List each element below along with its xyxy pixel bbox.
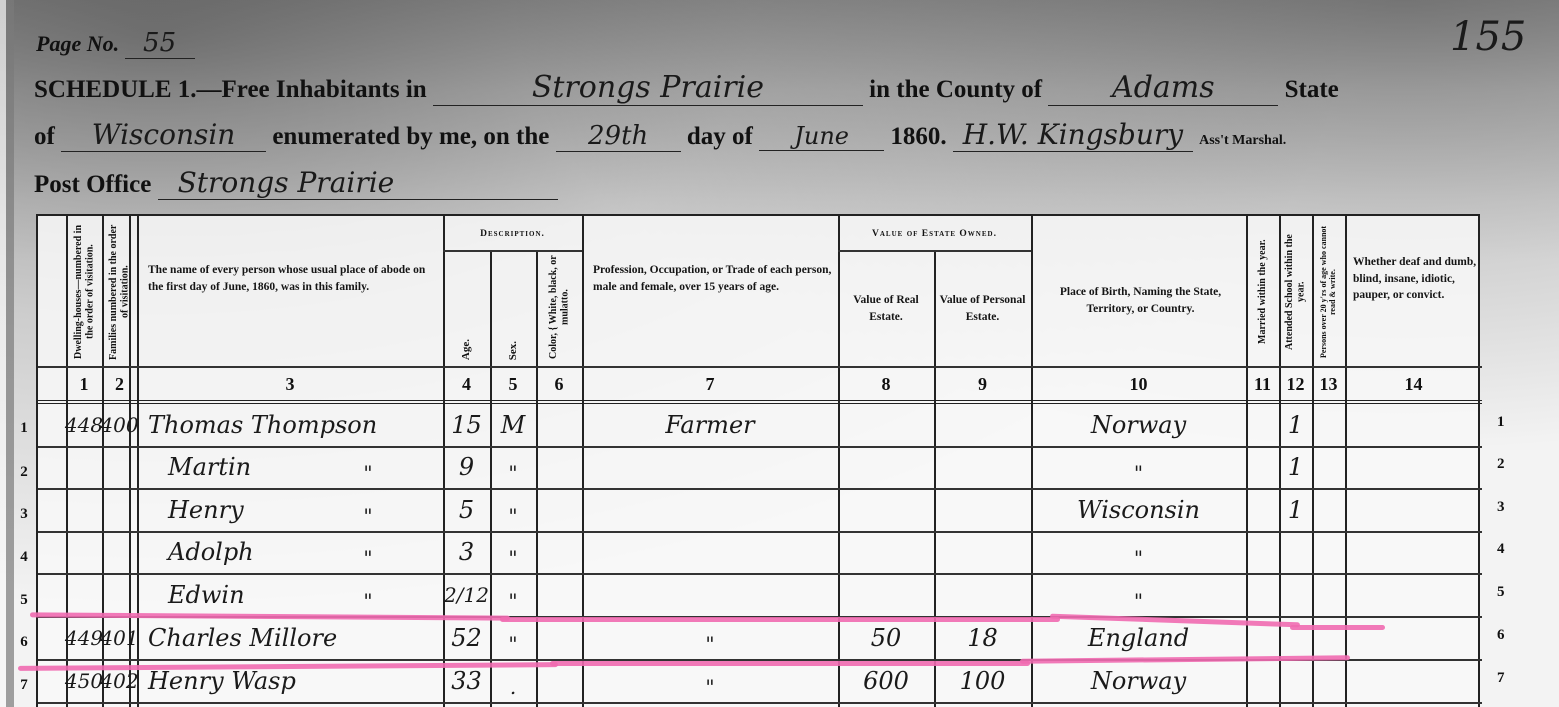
schedule-title-line: SCHEDULE 1.—Free Inhabitants in Strongs … bbox=[34, 70, 1339, 106]
sex: M bbox=[490, 404, 536, 446]
age: 5 bbox=[443, 488, 490, 531]
sex: . bbox=[490, 665, 536, 707]
line-number: 3 bbox=[10, 498, 38, 530]
margin-line-number: 4 bbox=[1497, 541, 1505, 558]
header-cannot-read: Persons over 20 y'rs of age who cannot r… bbox=[1312, 220, 1345, 364]
highlighter-mark-top bbox=[500, 617, 1060, 622]
person-name: Martin bbox=[168, 446, 368, 488]
highlighter-mark-bottom bbox=[550, 661, 1030, 666]
age: 2/12 bbox=[443, 573, 490, 616]
post-office-label: Post Office bbox=[34, 171, 151, 198]
header-infirmity: Whether deaf and dumb, blind, insane, id… bbox=[1353, 254, 1478, 354]
line-number: 1 bbox=[10, 412, 38, 444]
line-number: 2 bbox=[10, 456, 38, 488]
colnum-1: 1 bbox=[66, 368, 102, 400]
header-married: Married within the year. bbox=[1246, 220, 1279, 364]
person-name: Adolph bbox=[168, 531, 368, 573]
person-name: Edwin bbox=[168, 573, 368, 616]
enumerator-title: Ass't Marshal. bbox=[1199, 133, 1286, 148]
sex: " bbox=[490, 537, 536, 579]
birthplace: Wisconsin bbox=[1031, 488, 1246, 531]
occupation: Farmer bbox=[582, 404, 838, 446]
line-number: 5 bbox=[10, 584, 38, 616]
of-label: of bbox=[34, 123, 55, 150]
year-label: 1860. bbox=[890, 123, 946, 150]
colnum-8: 8 bbox=[838, 368, 934, 400]
colnum-10: 10 bbox=[1031, 368, 1246, 400]
census-table: Description. Value of Estate Owned. Dwel… bbox=[36, 214, 1480, 707]
colnum-11: 11 bbox=[1246, 368, 1279, 400]
person-name: Thomas Thompson bbox=[148, 404, 443, 446]
margin-line-number: 7 bbox=[1497, 670, 1505, 687]
month-field: June bbox=[759, 122, 884, 151]
line-number: 7 bbox=[10, 669, 38, 701]
census-page: Page No. 55 155 SCHEDULE 1.—Free Inhabit… bbox=[0, 0, 1559, 707]
person-name: Henry bbox=[168, 488, 368, 531]
dwelling-number: 449 bbox=[66, 616, 102, 659]
page-label: Page No. bbox=[36, 31, 119, 56]
colnum-6: 6 bbox=[536, 368, 582, 400]
occupation: " bbox=[582, 622, 838, 665]
age: 15 bbox=[443, 404, 490, 446]
age: 52 bbox=[443, 616, 490, 659]
township-field: Strongs Prairie bbox=[433, 70, 863, 106]
birthplace: " bbox=[1031, 537, 1246, 579]
margin-line-number: 2 bbox=[1497, 456, 1505, 473]
colnum-13: 13 bbox=[1312, 368, 1345, 400]
header-personal-estate: Value of Personal Estate. bbox=[934, 254, 1031, 364]
day-of-label: day of bbox=[687, 123, 753, 150]
page-number-line: Page No. 55 bbox=[36, 28, 195, 59]
colnum-5: 5 bbox=[490, 368, 536, 400]
real-estate-value: 50 bbox=[838, 616, 934, 659]
estate-group-rule bbox=[838, 250, 1031, 252]
highlighter-mark-top bbox=[1290, 625, 1385, 630]
description-group-rule bbox=[443, 250, 582, 252]
birthplace: Norway bbox=[1031, 659, 1246, 702]
line-number: 6 bbox=[10, 626, 38, 658]
sex: " bbox=[490, 452, 536, 494]
col-divider bbox=[1345, 216, 1347, 707]
schedule-title: SCHEDULE 1.—Free Inhabitants in bbox=[34, 76, 427, 103]
post-office-line: Post Office Strongs Prairie bbox=[34, 166, 558, 200]
margin-line-number: 6 bbox=[1497, 627, 1505, 644]
state-label: State bbox=[1285, 76, 1339, 103]
family-number: 401 bbox=[102, 616, 137, 659]
colnum-14: 14 bbox=[1345, 368, 1482, 400]
county-field: Adams bbox=[1048, 70, 1278, 106]
occupation: " bbox=[582, 665, 838, 707]
enumerated-label: enumerated by me, on the bbox=[272, 123, 549, 150]
attended-school: 1 bbox=[1279, 488, 1312, 531]
header-family: Families numbered in the order of visita… bbox=[102, 220, 137, 364]
age: 3 bbox=[443, 531, 490, 573]
sex: " bbox=[490, 494, 536, 537]
enumeration-line: of Wisconsin enumerated by me, on the 29… bbox=[34, 118, 1286, 152]
header-occupation: Profession, Occupation, or Trade of each… bbox=[593, 262, 833, 352]
margin-line-number: 1 bbox=[1497, 414, 1505, 431]
colnum-12: 12 bbox=[1279, 368, 1312, 400]
attended-school: 1 bbox=[1279, 404, 1312, 446]
dwelling-number: 448 bbox=[66, 404, 102, 446]
personal-estate-value: 18 bbox=[934, 616, 1031, 659]
estate-group-header: Value of Estate Owned. bbox=[838, 220, 1031, 248]
age: 9 bbox=[443, 446, 490, 488]
colnum-3: 3 bbox=[137, 368, 443, 400]
county-label: in the County of bbox=[869, 76, 1042, 103]
header-school: Attended School within the year. bbox=[1279, 220, 1312, 364]
header-dwelling: Dwelling-houses—numbered in the order of… bbox=[66, 220, 102, 364]
header-name: The name of every person whose usual pla… bbox=[148, 262, 438, 352]
sex: " bbox=[490, 622, 536, 665]
colnum-4: 4 bbox=[443, 368, 490, 400]
post-office-field: Strongs Prairie bbox=[158, 166, 558, 200]
header-real-estate: Value of Real Estate. bbox=[838, 254, 934, 364]
person-name: Charles Millore bbox=[148, 616, 443, 659]
margin-line-number: 5 bbox=[1497, 584, 1505, 601]
header-birthplace: Place of Birth, Naming the State, Territ… bbox=[1053, 246, 1228, 356]
stamped-page-number: 155 bbox=[1450, 14, 1526, 60]
header-sex: Sex. bbox=[490, 254, 536, 364]
family-number: 400 bbox=[102, 404, 137, 446]
header-age: Age. bbox=[443, 254, 490, 364]
state-field: Wisconsin bbox=[61, 118, 266, 152]
header-color: Color, { White, black, or mulatto. bbox=[536, 254, 582, 364]
line-number: 4 bbox=[10, 541, 38, 573]
colnum-9: 9 bbox=[934, 368, 1031, 400]
day-field: 29th bbox=[556, 121, 681, 152]
birthplace: Norway bbox=[1031, 404, 1246, 446]
attended-school: 1 bbox=[1279, 446, 1312, 488]
enumerator-signature: H.W. Kingsbury bbox=[953, 118, 1193, 152]
colnum-7: 7 bbox=[582, 368, 838, 400]
description-group-header: Description. bbox=[443, 220, 582, 248]
margin-line-number: 3 bbox=[1497, 499, 1505, 516]
colnum-2: 2 bbox=[102, 368, 137, 400]
page-number: 55 bbox=[125, 28, 195, 59]
